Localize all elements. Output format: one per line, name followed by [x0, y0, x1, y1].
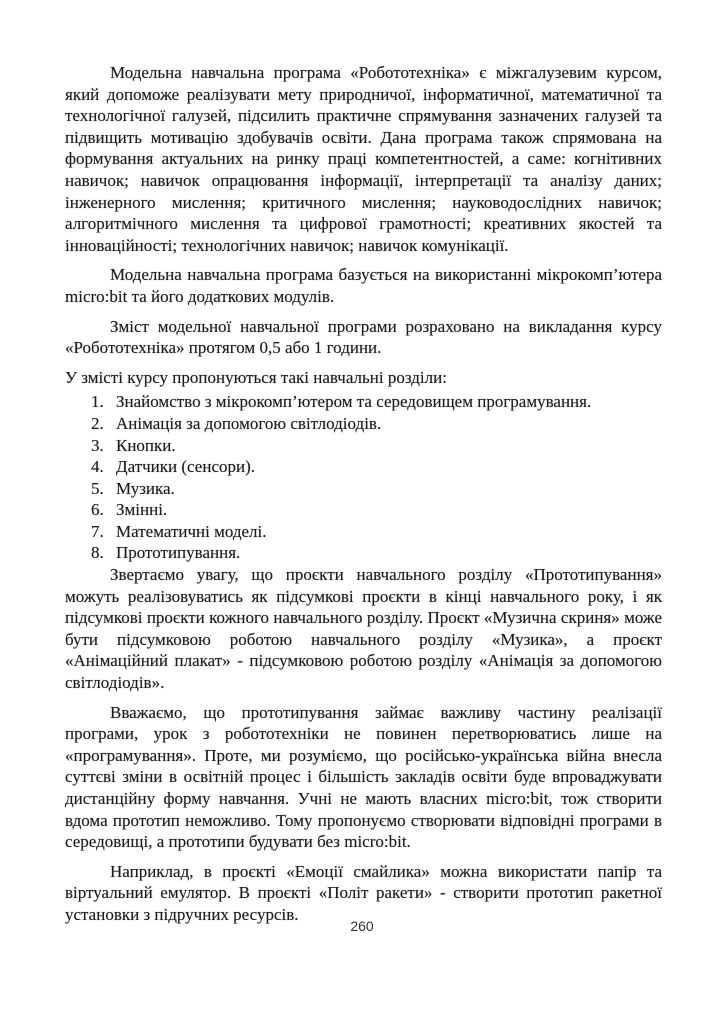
list-item: 6. Змінні.	[91, 499, 662, 521]
list-item-number: 8.	[91, 542, 116, 564]
paragraph-microbit-basis: Модельна навчальна програма базується на…	[65, 264, 662, 307]
paragraph-course-overview: Модельна навчальна програма «Робототехні…	[65, 62, 662, 256]
list-item-number: 5.	[91, 478, 116, 500]
list-item-text: Прототипування.	[116, 542, 240, 564]
list-item-number: 6.	[91, 499, 116, 521]
paragraph-prototyping-note: Звертаємо увагу, що проєкти навчального …	[65, 564, 662, 694]
document-page: Модельна навчальна програма «Робототехні…	[0, 0, 724, 1024]
page-number: 260	[0, 916, 724, 938]
list-item: 3. Кнопки.	[91, 435, 662, 457]
list-item-text: Змінні.	[116, 499, 167, 521]
list-item-text: Датчики (сенсори).	[116, 456, 255, 478]
list-item: 4. Датчики (сенсори).	[91, 456, 662, 478]
list-item-number: 4.	[91, 456, 116, 478]
list-item-text: Музика.	[116, 478, 175, 500]
list-item-text: Математичні моделі.	[116, 521, 267, 543]
list-item-text: Анімація за допомогою світлодіодів.	[116, 413, 381, 435]
list-item: 7. Математичні моделі.	[91, 521, 662, 543]
list-item: 5. Музика.	[91, 478, 662, 500]
paragraph-course-duration: Зміст модельної навчальної програми розр…	[65, 316, 662, 359]
list-item-number: 7.	[91, 521, 116, 543]
list-intro: У змісті курсу пропонуються такі навчаль…	[65, 367, 662, 389]
list-item-text: Знайомство з мікрокомп’ютером та середов…	[116, 391, 591, 413]
paragraph-distance-learning: Вважаємо, що прототипування займає важли…	[65, 702, 662, 853]
list-item-text: Кнопки.	[116, 435, 176, 457]
course-sections-list: 1. Знайомство з мікрокомп’ютером та сере…	[65, 391, 662, 564]
list-item: 1. Знайомство з мікрокомп’ютером та сере…	[91, 391, 662, 413]
list-item: 8. Прототипування.	[91, 542, 662, 564]
list-item-number: 3.	[91, 435, 116, 457]
list-item-number: 1.	[91, 391, 116, 413]
list-item-number: 2.	[91, 413, 116, 435]
list-item: 2. Анімація за допомогою світлодіодів.	[91, 413, 662, 435]
